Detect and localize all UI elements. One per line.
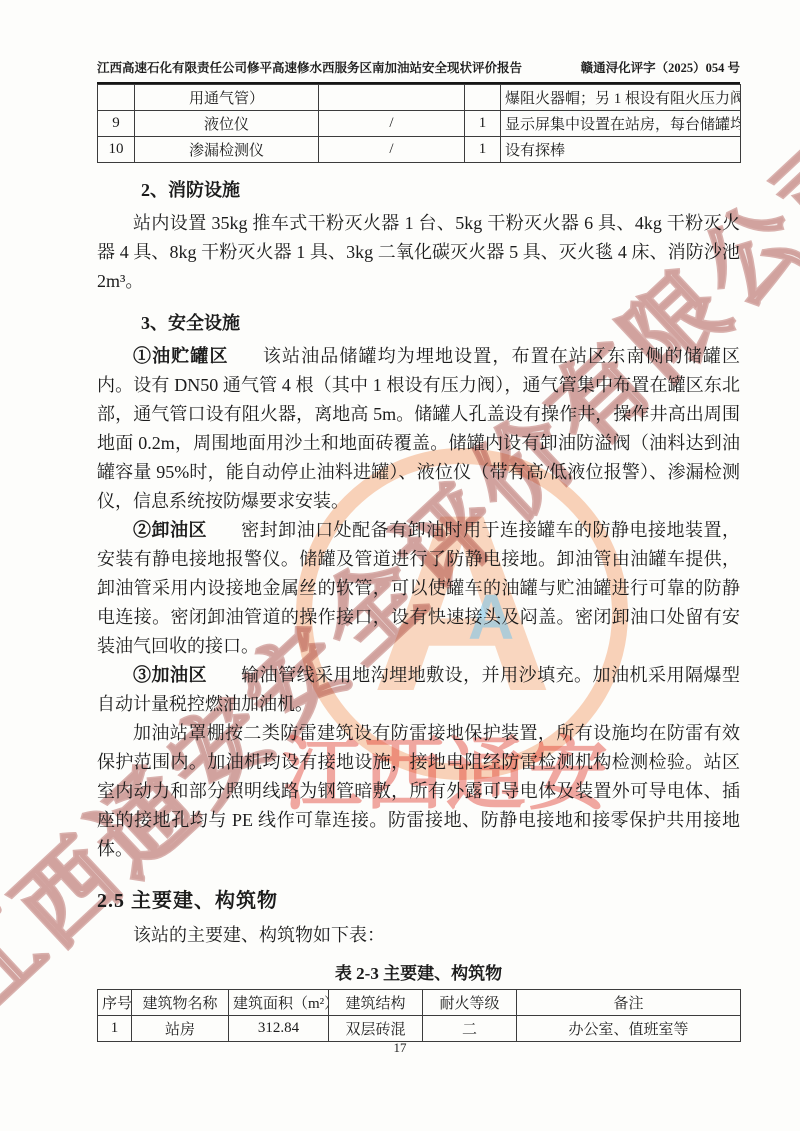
cell-spec: / xyxy=(319,137,465,163)
cell-name: 液位仪 xyxy=(135,111,319,137)
paragraph-body: 该站油品储罐均为埋地设置，布置在站区东南侧的储罐区内。设有 DN50 通气管 4… xyxy=(97,346,740,511)
cell-building-name: 站房 xyxy=(132,1016,229,1042)
cell-qty: 1 xyxy=(465,111,501,137)
report-title: 江西高速石化有限责任公司修平高速修水西服务区南加油站安全现状评价报告 xyxy=(97,60,522,77)
document-page: 江西高速石化有限责任公司修平高速修水西服务区南加油站安全现状评价报告 赣通浔化评… xyxy=(97,60,740,1042)
paragraph-unloading-area: ②卸油区密封卸油口处配备有卸油时用于连接罐车的防静电接地装置，安装有静电接地报警… xyxy=(97,516,740,661)
cell-area: 312.84 xyxy=(229,1016,329,1042)
table-caption: 表 2-3 主要建、构筑物 xyxy=(97,959,740,984)
section-heading-buildings: 2.5 主要建、构筑物 xyxy=(97,884,740,913)
paragraph-fire: 站内设置 35kg 推车式干粉灭火器 1 台、5kg 干粉灭火器 6 具、4kg… xyxy=(97,209,740,296)
table-row: 用通气管） 爆阻火器帽；另 1 根设有阻火压力阀 xyxy=(98,85,741,111)
paragraph-buildings-intro: 该站的主要建、构筑物如下表： xyxy=(97,921,740,950)
table-header-row: 序号 建筑物名称 建筑面积（m²） 建筑结构 耐火等级 备注 xyxy=(98,990,741,1016)
table-row: 9 液位仪 / 1 显示屏集中设置在站房，每台储罐均 xyxy=(98,111,741,137)
paragraph-tank-area: ①油贮罐区该站油品储罐均为埋地设置，布置在站区东南侧的储罐区内。设有 DN50 … xyxy=(97,342,740,516)
cell-no: 9 xyxy=(98,111,135,137)
header-cell: 建筑面积（m²） xyxy=(229,990,329,1016)
cell-name: 用通气管） xyxy=(135,85,319,111)
paragraph-lead-unloading-area: ②卸油区 xyxy=(133,520,207,540)
document-number: 赣通浔化评字（2025）054 号 xyxy=(581,60,740,77)
paragraph-lead-tank-area: ①油贮罐区 xyxy=(133,346,229,366)
header-cell: 耐火等级 xyxy=(423,990,517,1016)
paragraph-lightning-protection: 加油站罩棚按二类防雷建筑设有防雷接地保护装置，所有设施均在防雷有效保护范围内。加… xyxy=(97,719,740,864)
cell-fire-rating: 二 xyxy=(423,1016,517,1042)
cell-spec xyxy=(319,85,465,111)
cell-spec: / xyxy=(319,111,465,137)
buildings-table: 序号 建筑物名称 建筑面积（m²） 建筑结构 耐火等级 备注 1 站房 312.… xyxy=(97,989,741,1042)
cell-qty: 1 xyxy=(465,137,501,163)
header-cell: 建筑物名称 xyxy=(132,990,229,1016)
cell-no: 10 xyxy=(98,137,135,163)
cell-no xyxy=(98,85,135,111)
header-cell: 序号 xyxy=(98,990,132,1016)
cell-structure: 双层砖混 xyxy=(329,1016,423,1042)
cell-note: 设有探棒 xyxy=(501,137,741,163)
paragraph-lead-refueling-area: ③加油区 xyxy=(133,665,207,685)
paragraph-body: 密封卸油口处配备有卸油时用于连接罐车的防静电接地装置，安装有静电接地报警仪。储罐… xyxy=(97,520,740,656)
cell-remark: 办公室、值班室等 xyxy=(517,1016,741,1042)
cell-qty xyxy=(465,85,501,111)
table-row: 1 站房 312.84 双层砖混 二 办公室、值班室等 xyxy=(98,1016,741,1042)
header-cell: 建筑结构 xyxy=(329,990,423,1016)
header-cell: 备注 xyxy=(517,990,741,1016)
section-heading-fire: 2、消防设施 xyxy=(97,176,740,202)
cell-no: 1 xyxy=(98,1016,132,1042)
section-heading-safety: 3、安全设施 xyxy=(97,309,740,335)
page-header: 江西高速石化有限责任公司修平高速修水西服务区南加油站安全现状评价报告 赣通浔化评… xyxy=(97,60,740,84)
cell-name: 渗漏检测仪 xyxy=(135,137,319,163)
page-number: 17 xyxy=(0,1040,800,1056)
table-row: 10 渗漏检测仪 / 1 设有探棒 xyxy=(98,137,741,163)
equipment-table: 用通气管） 爆阻火器帽；另 1 根设有阻火压力阀 9 液位仪 / 1 显示屏集中… xyxy=(97,84,741,163)
cell-note: 爆阻火器帽；另 1 根设有阻火压力阀 xyxy=(501,85,741,111)
paragraph-refueling-area: ③加油区输油管线采用地沟埋地敷设，并用沙填充。加油机采用隔爆型自动计量税控燃油加… xyxy=(97,661,740,719)
cell-note: 显示屏集中设置在站房，每台储罐均 xyxy=(501,111,741,137)
